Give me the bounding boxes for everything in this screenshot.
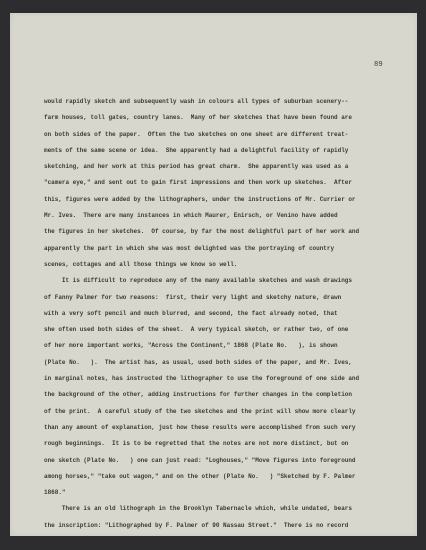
text-line: (Plate No. ). The artist has, as usual, …	[44, 355, 404, 371]
text-line: would rapidly sketch and subsequently wa…	[44, 94, 404, 110]
text-line: It is difficult to reproduce any of the …	[44, 273, 404, 289]
text-line: ments of the same scene or idea. She app…	[44, 143, 404, 159]
text-line: sketching, and her work at this period h…	[44, 159, 404, 175]
text-line: 1868."	[44, 485, 404, 501]
text-line: on both sides of the paper. Often the tw…	[44, 127, 404, 143]
text-line: among horses," "take out wagon," and on …	[44, 469, 404, 485]
text-line: with a very soft pencil and much blurred…	[44, 306, 404, 322]
text-line: "camera eye," and sent out to gain first…	[44, 175, 404, 191]
text-line: in marginal notes, has instructed the li…	[44, 371, 404, 387]
document-page: 89 would rapidly sketch and subsequently…	[10, 13, 417, 536]
page-number: 89	[374, 61, 383, 69]
text-line: apparently the part in which she was mos…	[44, 241, 404, 257]
text-line: than any amount of explanation, just how…	[44, 420, 404, 436]
text-line: There is an old lithograph in the Brookl…	[44, 501, 404, 517]
text-line: scenes, cottages and all those things we…	[44, 257, 404, 273]
text-line: the inscription: "Lithographed by F. Pal…	[44, 518, 404, 534]
text-line: of Fanny Palmer for two reasons: first, …	[44, 290, 404, 306]
text-line: of the print. A careful study of the two…	[44, 404, 404, 420]
text-line: one sketch (Plate No. ) one can just rea…	[44, 453, 404, 469]
text-line: of her more important works, "Across the…	[44, 338, 404, 354]
text-line: rough beginnings. It is to be regretted …	[44, 436, 404, 452]
text-line: she often used both sides of the sheet. …	[44, 322, 404, 338]
text-line: the figures in her sketches. Of course, …	[44, 224, 404, 240]
text-line: the background of the other, adding inst…	[44, 387, 404, 403]
text-line: this, figures were added by the lithogra…	[44, 192, 404, 208]
text-line: farm houses, toll gates, country lanes. …	[44, 110, 404, 126]
text-line: Mr. Ives. There are many instances in wh…	[44, 208, 404, 224]
body-text: would rapidly sketch and subsequently wa…	[44, 94, 404, 534]
